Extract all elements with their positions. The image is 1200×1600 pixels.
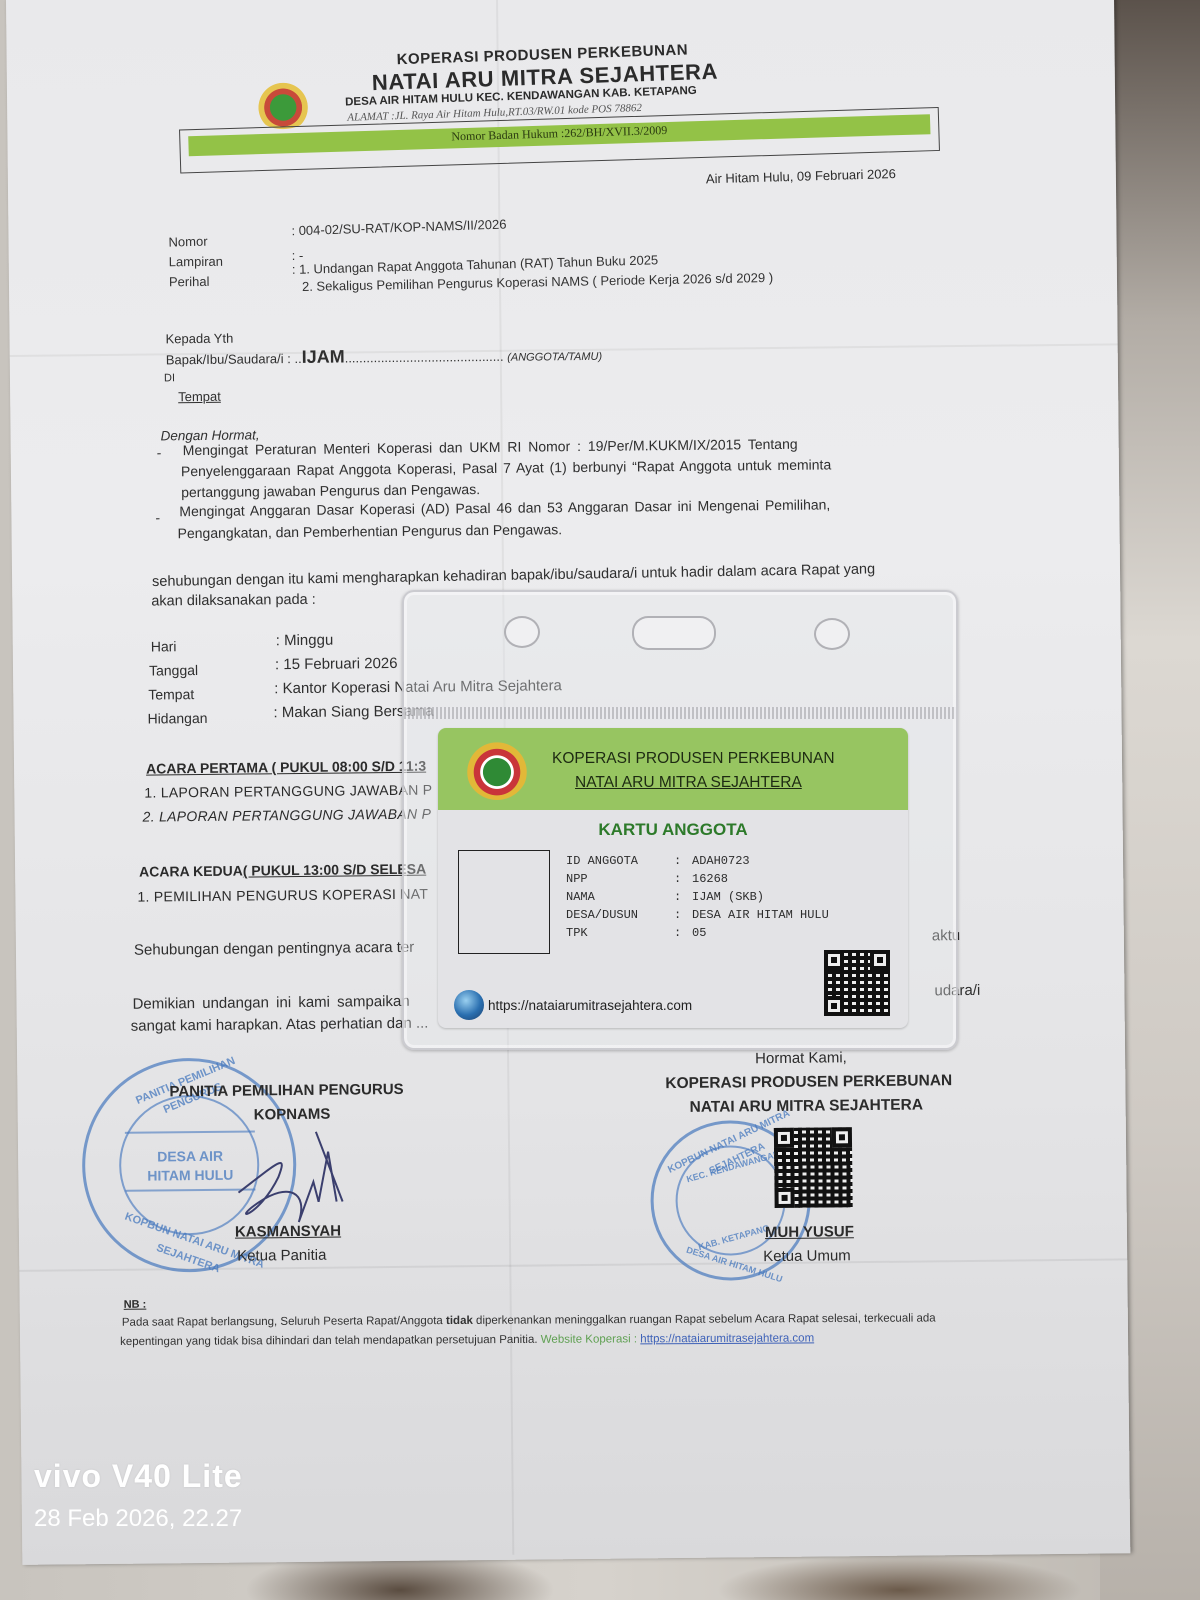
invitation-line: sehubungan dengan itu kami mengharapkan … bbox=[152, 561, 875, 590]
card-field-value: 16268 bbox=[692, 870, 728, 888]
card-field-value: DESA AIR HITAM HULU bbox=[692, 906, 829, 924]
card-website-url: https://nataiarumitrasejahtera.com bbox=[488, 998, 692, 1013]
card-field-colon: : bbox=[674, 906, 692, 924]
agenda-heading: ACARA KEDUA ( PUKUL 13:00 S/D SELESA bbox=[139, 861, 426, 880]
card-logo-icon bbox=[466, 738, 528, 800]
card-fields: ID ANGGOTA:ADAH0723 NPP:16268 NAMA:IJAM … bbox=[566, 852, 829, 942]
website-link[interactable]: https://nataiarumitrasejahtera.com bbox=[640, 1332, 814, 1345]
card-field-colon: : bbox=[674, 870, 692, 888]
invitation-line: akan dilaksanakan pada : bbox=[151, 592, 316, 610]
consideration-line: Mengingat Peraturan Menteri Koperasi dan… bbox=[183, 436, 798, 458]
website-label: Website Koperasi : bbox=[541, 1333, 641, 1346]
org-line1: KOPERASI PRODUSEN PERKEBUNAN bbox=[665, 1072, 952, 1093]
note-text: kepentingan yang tidak bisa dihindari da… bbox=[120, 1334, 541, 1348]
consideration-line: Mengingat Anggaran Dasar Koperasi (AD) P… bbox=[179, 496, 830, 519]
recipient-tempat: Tempat bbox=[178, 389, 221, 404]
bullet: - bbox=[155, 509, 160, 525]
card-photo-placeholder bbox=[458, 850, 550, 954]
card-field-row: DESA/DUSUN:DESA AIR HITAM HULU bbox=[566, 906, 829, 924]
note-line1: Pada saat Rapat berlangsung, Seluruh Pes… bbox=[122, 1312, 936, 1328]
card-field-row: NAMA:IJAM (SKB) bbox=[566, 888, 829, 906]
recipient-kepada: Kepada Yth bbox=[165, 331, 233, 347]
agenda-item: 1. PEMILIHAN PENGURUS KOPERASI NAT bbox=[137, 886, 428, 905]
closing-importance: Sehubungan dengan pentingnya acara ter bbox=[134, 939, 414, 959]
card-field-key: TPK bbox=[566, 924, 674, 942]
committee-chair-name: KASMANSYAH bbox=[235, 1223, 341, 1241]
schedule-value: : Minggu bbox=[276, 632, 334, 650]
recipient-dots: ........................................… bbox=[345, 349, 504, 366]
card-field-key: DESA/DUSUN bbox=[566, 906, 674, 924]
qr-finder bbox=[774, 1128, 794, 1148]
note-text: Pada saat Rapat berlangsung, Seluruh Pes… bbox=[122, 1315, 446, 1329]
closing-greeting: Hormat Kami, bbox=[755, 1049, 847, 1067]
closing-line: sangat kami harapkan. Atas perhatian dan… bbox=[131, 1015, 429, 1035]
card-field-colon: : bbox=[674, 852, 692, 870]
recipient-name: IJAM bbox=[302, 346, 345, 366]
qr-finder bbox=[832, 1127, 852, 1147]
card-field-row: NPP:16268 bbox=[566, 870, 829, 888]
card-field-key: NAMA bbox=[566, 888, 674, 906]
agenda-heading-time: ( PUKUL 13:00 S/D SELESA bbox=[243, 861, 427, 879]
meta-label: Nomor bbox=[168, 234, 207, 250]
holder-slot bbox=[632, 616, 716, 650]
schedule-label: Hidangan bbox=[147, 710, 207, 727]
recipient-prefix: Bapak/Ibu/Saudara/i : .. bbox=[166, 351, 302, 367]
globe-icon bbox=[454, 990, 484, 1020]
chairman-name: MUH YUSUF bbox=[765, 1223, 854, 1241]
committee-title: PANITIA PEMILIHAN PENGURUS bbox=[169, 1081, 403, 1100]
committee-chair-role: Ketua Panitia bbox=[237, 1247, 326, 1265]
card-title: KARTU ANGGOTA bbox=[438, 820, 908, 840]
note-text: diperkenankan meninggalkan ruangan Rapat… bbox=[473, 1312, 936, 1326]
recipient-di: DI bbox=[164, 372, 175, 384]
schedule-label: Hari bbox=[151, 638, 177, 654]
card-field-value: 05 bbox=[692, 924, 706, 942]
consideration-line: pertanggung jawaban Pengurus dan Pengawa… bbox=[181, 481, 480, 500]
card-field-colon: : bbox=[674, 924, 692, 942]
agenda-heading: ACARA PERTAMA ( PUKUL 08:00 S/D 11:3 bbox=[146, 758, 426, 777]
holder-hole bbox=[814, 618, 850, 650]
card-field-value: IJAM (SKB) bbox=[692, 888, 764, 906]
signature-scribble-icon bbox=[218, 1121, 359, 1232]
note-bold: tidak bbox=[446, 1315, 473, 1327]
closing-line: Demikian undangan ini kami sampaikan bbox=[132, 993, 409, 1013]
card-field-key: NPP bbox=[566, 870, 674, 888]
recipient-line: Bapak/Ibu/Saudara/i : ..IJAM............… bbox=[166, 344, 603, 370]
card-field-colon: : bbox=[674, 888, 692, 906]
qr-finder bbox=[824, 950, 844, 970]
qr-finder bbox=[870, 950, 890, 970]
member-card: KOPERASI PRODUSEN PERKEBUNAN NATAI ARU M… bbox=[438, 728, 908, 1028]
bullet: - bbox=[157, 444, 162, 460]
signature-qr-code-icon bbox=[774, 1127, 853, 1208]
card-field-row: TPK:05 bbox=[566, 924, 829, 942]
qr-finder bbox=[824, 996, 844, 1016]
note-line2: kepentingan yang tidak bisa dihindari da… bbox=[120, 1332, 814, 1348]
card-org-line1: KOPERASI PRODUSEN PERKEBUNAN bbox=[552, 750, 835, 768]
place-date: Air Hitam Hulu, 09 Februari 2026 bbox=[706, 166, 896, 186]
consideration-line: Pengangkatan, dan Pemberhentian Pengurus… bbox=[178, 521, 563, 541]
schedule-label: Tanggal bbox=[149, 662, 198, 679]
cooperative-logo-icon bbox=[252, 81, 314, 130]
consideration-line: Penyelenggaraan Rapat Anggota Koperasi, … bbox=[181, 456, 831, 479]
chairman-role: Ketua Umum bbox=[763, 1247, 851, 1265]
agenda-heading-prefix: ACARA KEDUA bbox=[139, 863, 243, 880]
note-label: NB : bbox=[124, 1299, 147, 1311]
card-field-key: ID ANGGOTA bbox=[566, 852, 674, 870]
meta-label: Lampiran bbox=[169, 254, 223, 270]
qr-finder bbox=[774, 1188, 794, 1208]
meta-label: Perihal bbox=[169, 274, 210, 289]
camera-datetime-watermark: 28 Feb 2026, 22.27 bbox=[34, 1505, 242, 1533]
card-org-line2: NATAI ARU MITRA SEJAHTERA bbox=[575, 774, 802, 792]
meta-value: : 004-02/SU-RAT/KOP-NAMS/II/2026 bbox=[291, 217, 506, 239]
card-qr-code-icon bbox=[824, 950, 890, 1016]
org-line2: NATAI ARU MITRA SEJAHTERA bbox=[690, 1096, 924, 1116]
schedule-label: Tempat bbox=[148, 686, 194, 702]
card-field-row: ID ANGGOTA:ADAH0723 bbox=[566, 852, 829, 870]
agenda-item: 2. LAPORAN PERTANGGUNG JAWABAN P bbox=[142, 806, 431, 825]
camera-brand-watermark: vivo V40 Lite bbox=[34, 1458, 243, 1495]
holder-zip-strip bbox=[404, 707, 956, 719]
schedule-value: : 15 Februari 2026 bbox=[275, 655, 398, 673]
holder-hole bbox=[504, 616, 540, 648]
card-field-value: ADAH0723 bbox=[692, 852, 750, 870]
agenda-item: 1. LAPORAN PERTANGGUNG JAWABAN P bbox=[144, 782, 432, 801]
card-header: KOPERASI PRODUSEN PERKEBUNAN NATAI ARU M… bbox=[438, 728, 908, 810]
recipient-type: (ANGGOTA/TAMU) bbox=[507, 351, 602, 364]
